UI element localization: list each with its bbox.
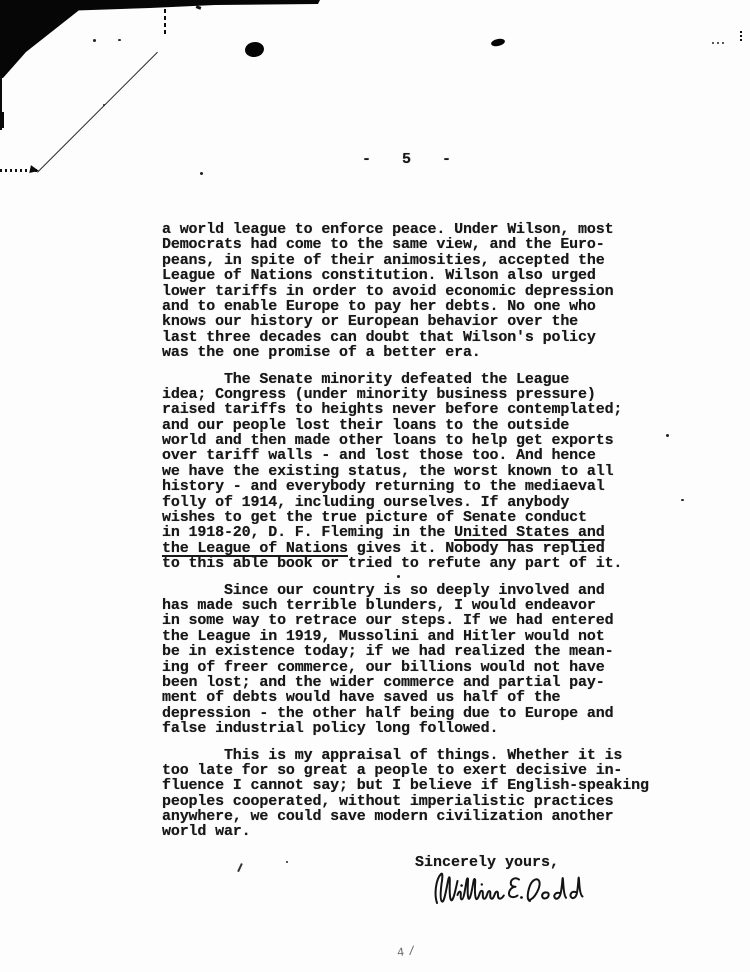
page-number: - 5 - (362, 151, 462, 168)
scan-stray-mark (237, 863, 242, 872)
typed-line: the League of Nations gives it. Nobody h… (162, 541, 672, 556)
typed-line: a world league to enforce peace. Under W… (162, 222, 672, 237)
scan-speck (103, 104, 105, 106)
typed-line: ment of debts would have saved us half o… (162, 690, 672, 705)
typed-line: wishes to get the true picture of Senate… (162, 510, 672, 525)
typed-line: anywhere, we could save modern civilizat… (162, 809, 672, 824)
handwritten-signature (433, 871, 585, 908)
typed-line: has made such terrible blunders, I would… (162, 598, 672, 613)
typed-line: in some way to retrace our steps. If we … (162, 613, 672, 628)
typed-line: world and then made other loans to help … (162, 433, 672, 448)
typed-line: world war. (162, 824, 672, 839)
typed-line: been lost; and the wider commerce and pa… (162, 675, 672, 690)
typed-line: League of Nations constitution. Wilson a… (162, 268, 672, 283)
scan-speck (712, 42, 714, 44)
paper-crease-line (37, 52, 158, 173)
punch-hole-dot-right (490, 38, 505, 48)
body-paragraph: This is my appraisal of things. Whether … (162, 748, 672, 840)
scan-speck (722, 42, 724, 44)
typed-line: in 1918-20, D. F. Fleming in the United … (162, 525, 672, 540)
typed-line: was the one promise of a better era. (162, 345, 672, 360)
punch-hole-dot-left (244, 41, 265, 58)
typed-line: and to enable Europe to pay her debts. N… (162, 299, 672, 314)
typed-line: peoples cooperated, without imperialisti… (162, 794, 672, 809)
pencil-footer-mark: 4/ (396, 944, 420, 960)
typed-line: the League in 1919, Mussolini and Hitler… (162, 629, 672, 644)
body-paragraph: Since our country is so deeply involved … (162, 583, 672, 737)
scan-speck (196, 5, 202, 10)
typed-line: idea; Congress (under minority business … (162, 387, 672, 402)
typed-line: to this able book or tried to refute any… (162, 556, 672, 571)
typed-line: false industrial policy long followed. (162, 721, 672, 736)
typed-line: depression - the other half being due to… (162, 706, 672, 721)
scan-speck (681, 499, 684, 501)
closing-salutation: Sincerely yours, (415, 854, 559, 871)
typed-line: Democrats had come to the same view, and… (162, 237, 672, 252)
paper-crease-mark (29, 165, 39, 175)
typed-line: and our people lost their loans to the o… (162, 418, 672, 433)
typed-line: be in existence today; if we had realize… (162, 644, 672, 659)
typed-line: ing of freer commerce, our billions woul… (162, 660, 672, 675)
typed-line: we have the existing status, the worst k… (162, 464, 672, 479)
scan-left-edge-dash (2, 112, 4, 128)
typed-line: Since our country is so deeply involved … (162, 583, 672, 598)
typed-line: The Senate minority defeated the League (162, 372, 672, 387)
typed-line: knows our history or European behavior o… (162, 314, 672, 329)
typed-line: history - and everybody returning to the… (162, 479, 672, 494)
typed-line: fluence I cannot say; but I believe if E… (162, 778, 672, 793)
typed-line: over tariff walls - and lost those too. … (162, 448, 672, 463)
scan-speck (118, 39, 121, 41)
fold-dashed-line (164, 9, 166, 36)
scan-speck (717, 42, 719, 44)
body-paragraph: a world league to enforce peace. Under W… (162, 222, 672, 361)
scan-corner-fold-artifact (0, 0, 92, 80)
scan-speck (200, 172, 203, 175)
body-paragraph: The Senate minority defeated the Leaguei… (162, 372, 672, 572)
typed-line: too late for so great a people to exert … (162, 763, 672, 778)
scan-speck (286, 861, 288, 863)
scan-speck (93, 39, 96, 42)
scan-top-edge-artifact (0, 0, 320, 12)
typed-line: last three decades can doubt that Wilson… (162, 330, 672, 345)
letter-body: a world league to enforce peace. Under W… (162, 222, 672, 851)
typed-line: This is my appraisal of things. Whether … (162, 748, 672, 763)
typed-line: folly of 1914, including ourselves. If a… (162, 495, 672, 510)
typed-line: raised tariffs to heights never before c… (162, 402, 672, 417)
typed-line: lower tariffs in order to avoid economic… (162, 284, 672, 299)
scanned-letter-page: - 5 - a world league to enforce peace. U… (0, 0, 750, 972)
scan-right-edge-mark (740, 31, 742, 43)
typed-line: peans, in spite of their animosities, ac… (162, 253, 672, 268)
